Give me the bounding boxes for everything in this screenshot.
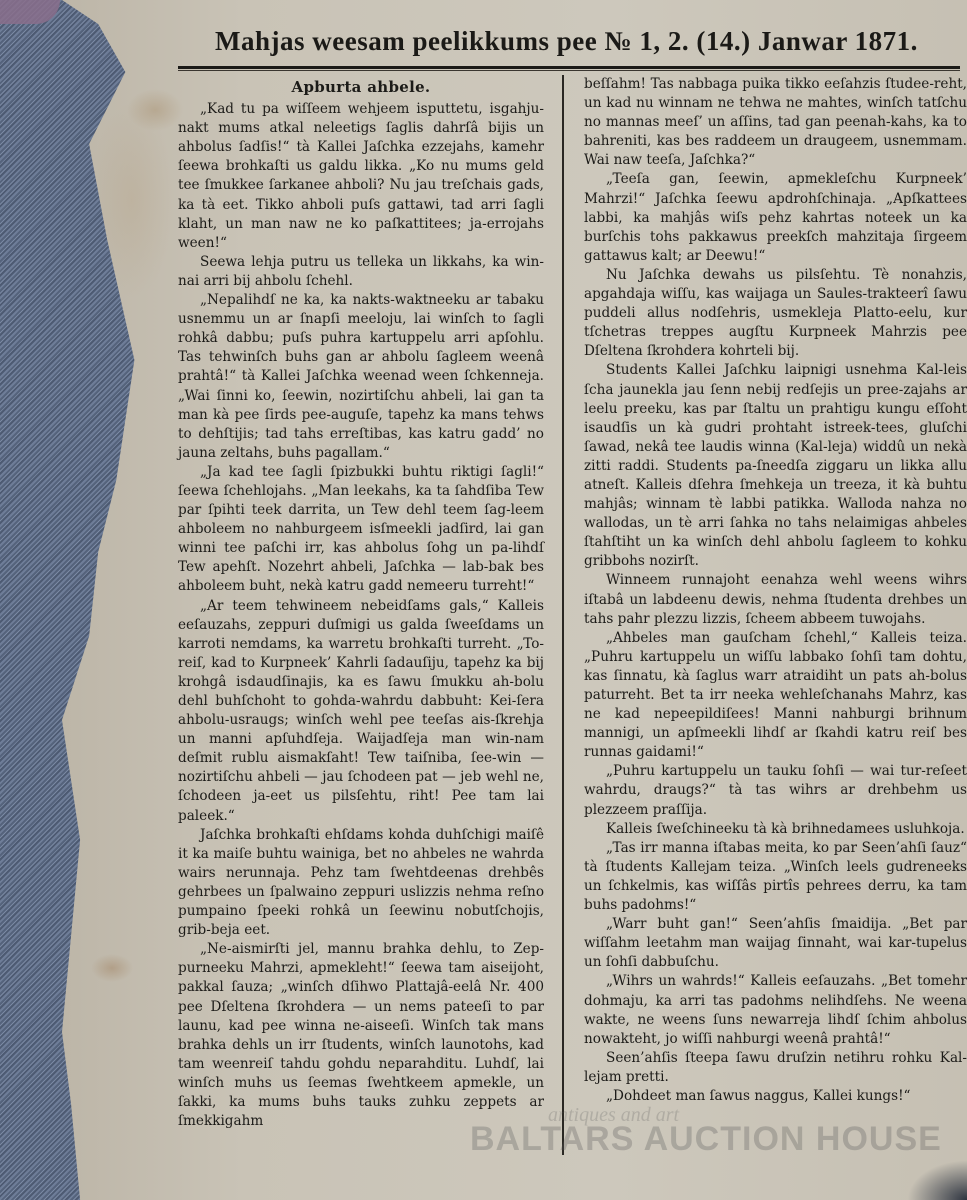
page-header: Mahjas weesam peelikkums pee № 1, 2. (14… xyxy=(170,22,940,66)
paragraph: beſſahm! Tas nabbaga puika tikko eeſahzi… xyxy=(584,75,967,170)
paragraph: Winneem runnajoht eenahza wehl weens wih… xyxy=(584,571,967,628)
column-left: Apburta ahbele. „Kad tu pa wiſſeem wehje… xyxy=(178,76,544,1131)
header-title: Mahjas weesam peelikkums pee № 1, 2. (14… xyxy=(215,26,918,57)
column-divider xyxy=(562,75,564,1155)
paragraph: „Kad tu pa wiſſeem wehjeem isputtetu, is… xyxy=(178,100,544,253)
paragraph: „Nepalihdſ ne ka, ka nakts-waktneeku ar … xyxy=(178,291,544,463)
paragraph: „Ahbeles man gauſcham ſchehl,“ Kalleis t… xyxy=(584,629,967,763)
paragraph: „Ja kad tee ſagli ſpizbukki buhtu riktig… xyxy=(178,463,544,597)
header-rule-thin xyxy=(178,70,960,71)
paragraph: „Tas irr manna iſtabas meita, ko par See… xyxy=(584,839,967,915)
column-right-body: beſſahm! Tas nabbaga puika tikko eeſahzi… xyxy=(584,75,967,1106)
paragraph: „Ar teem tehwineem nebeidſams gals,“ Kal… xyxy=(178,597,544,826)
watermark: BALTARS AUCTION HOUSE xyxy=(470,1120,942,1159)
paragraph: „Warr buht gan!“ Seen’ahſis ſmaidija. „B… xyxy=(584,915,967,972)
paragraph: Students Kallei Jaſchku laipnigi usnehma… xyxy=(584,361,967,571)
paragraph: „Ne-aismirſti jel, mannu brahka dehlu, t… xyxy=(178,940,544,1131)
article-title: Apburta ahbele. xyxy=(178,78,544,97)
header-rule xyxy=(178,66,960,69)
paragraph: Kalleis ſweſchineeku tà kà brihnedamees … xyxy=(584,820,967,839)
paragraph: Seewa lehja putru us telleka un likkahs,… xyxy=(178,253,544,291)
paragraph: Nu Jaſchka dewahs us pilsſehtu. Tè nonah… xyxy=(584,266,967,361)
paragraph: „Wihrs un wahrds!“ Kalleis eeſauzahs. „B… xyxy=(584,972,967,1048)
paragraph: „Puhru kartuppelu un tauku ſohſi — wai t… xyxy=(584,762,967,819)
paragraph: Jaſchka brohkaſti ehſdams kohda duhſchig… xyxy=(178,826,544,941)
paragraph: „Teeſa gan, ſeewin, apmekleſchu Kurpneek… xyxy=(584,170,967,265)
paragraph: Seen’ahſis ſteepa ſawu druſzin netihru r… xyxy=(584,1049,967,1087)
corner-shadow xyxy=(907,1160,967,1200)
column-left-body: „Kad tu pa wiſſeem wehjeem isputtetu, is… xyxy=(178,100,544,1131)
column-right: beſſahm! Tas nabbaga puika tikko eeſahzi… xyxy=(584,75,967,1106)
